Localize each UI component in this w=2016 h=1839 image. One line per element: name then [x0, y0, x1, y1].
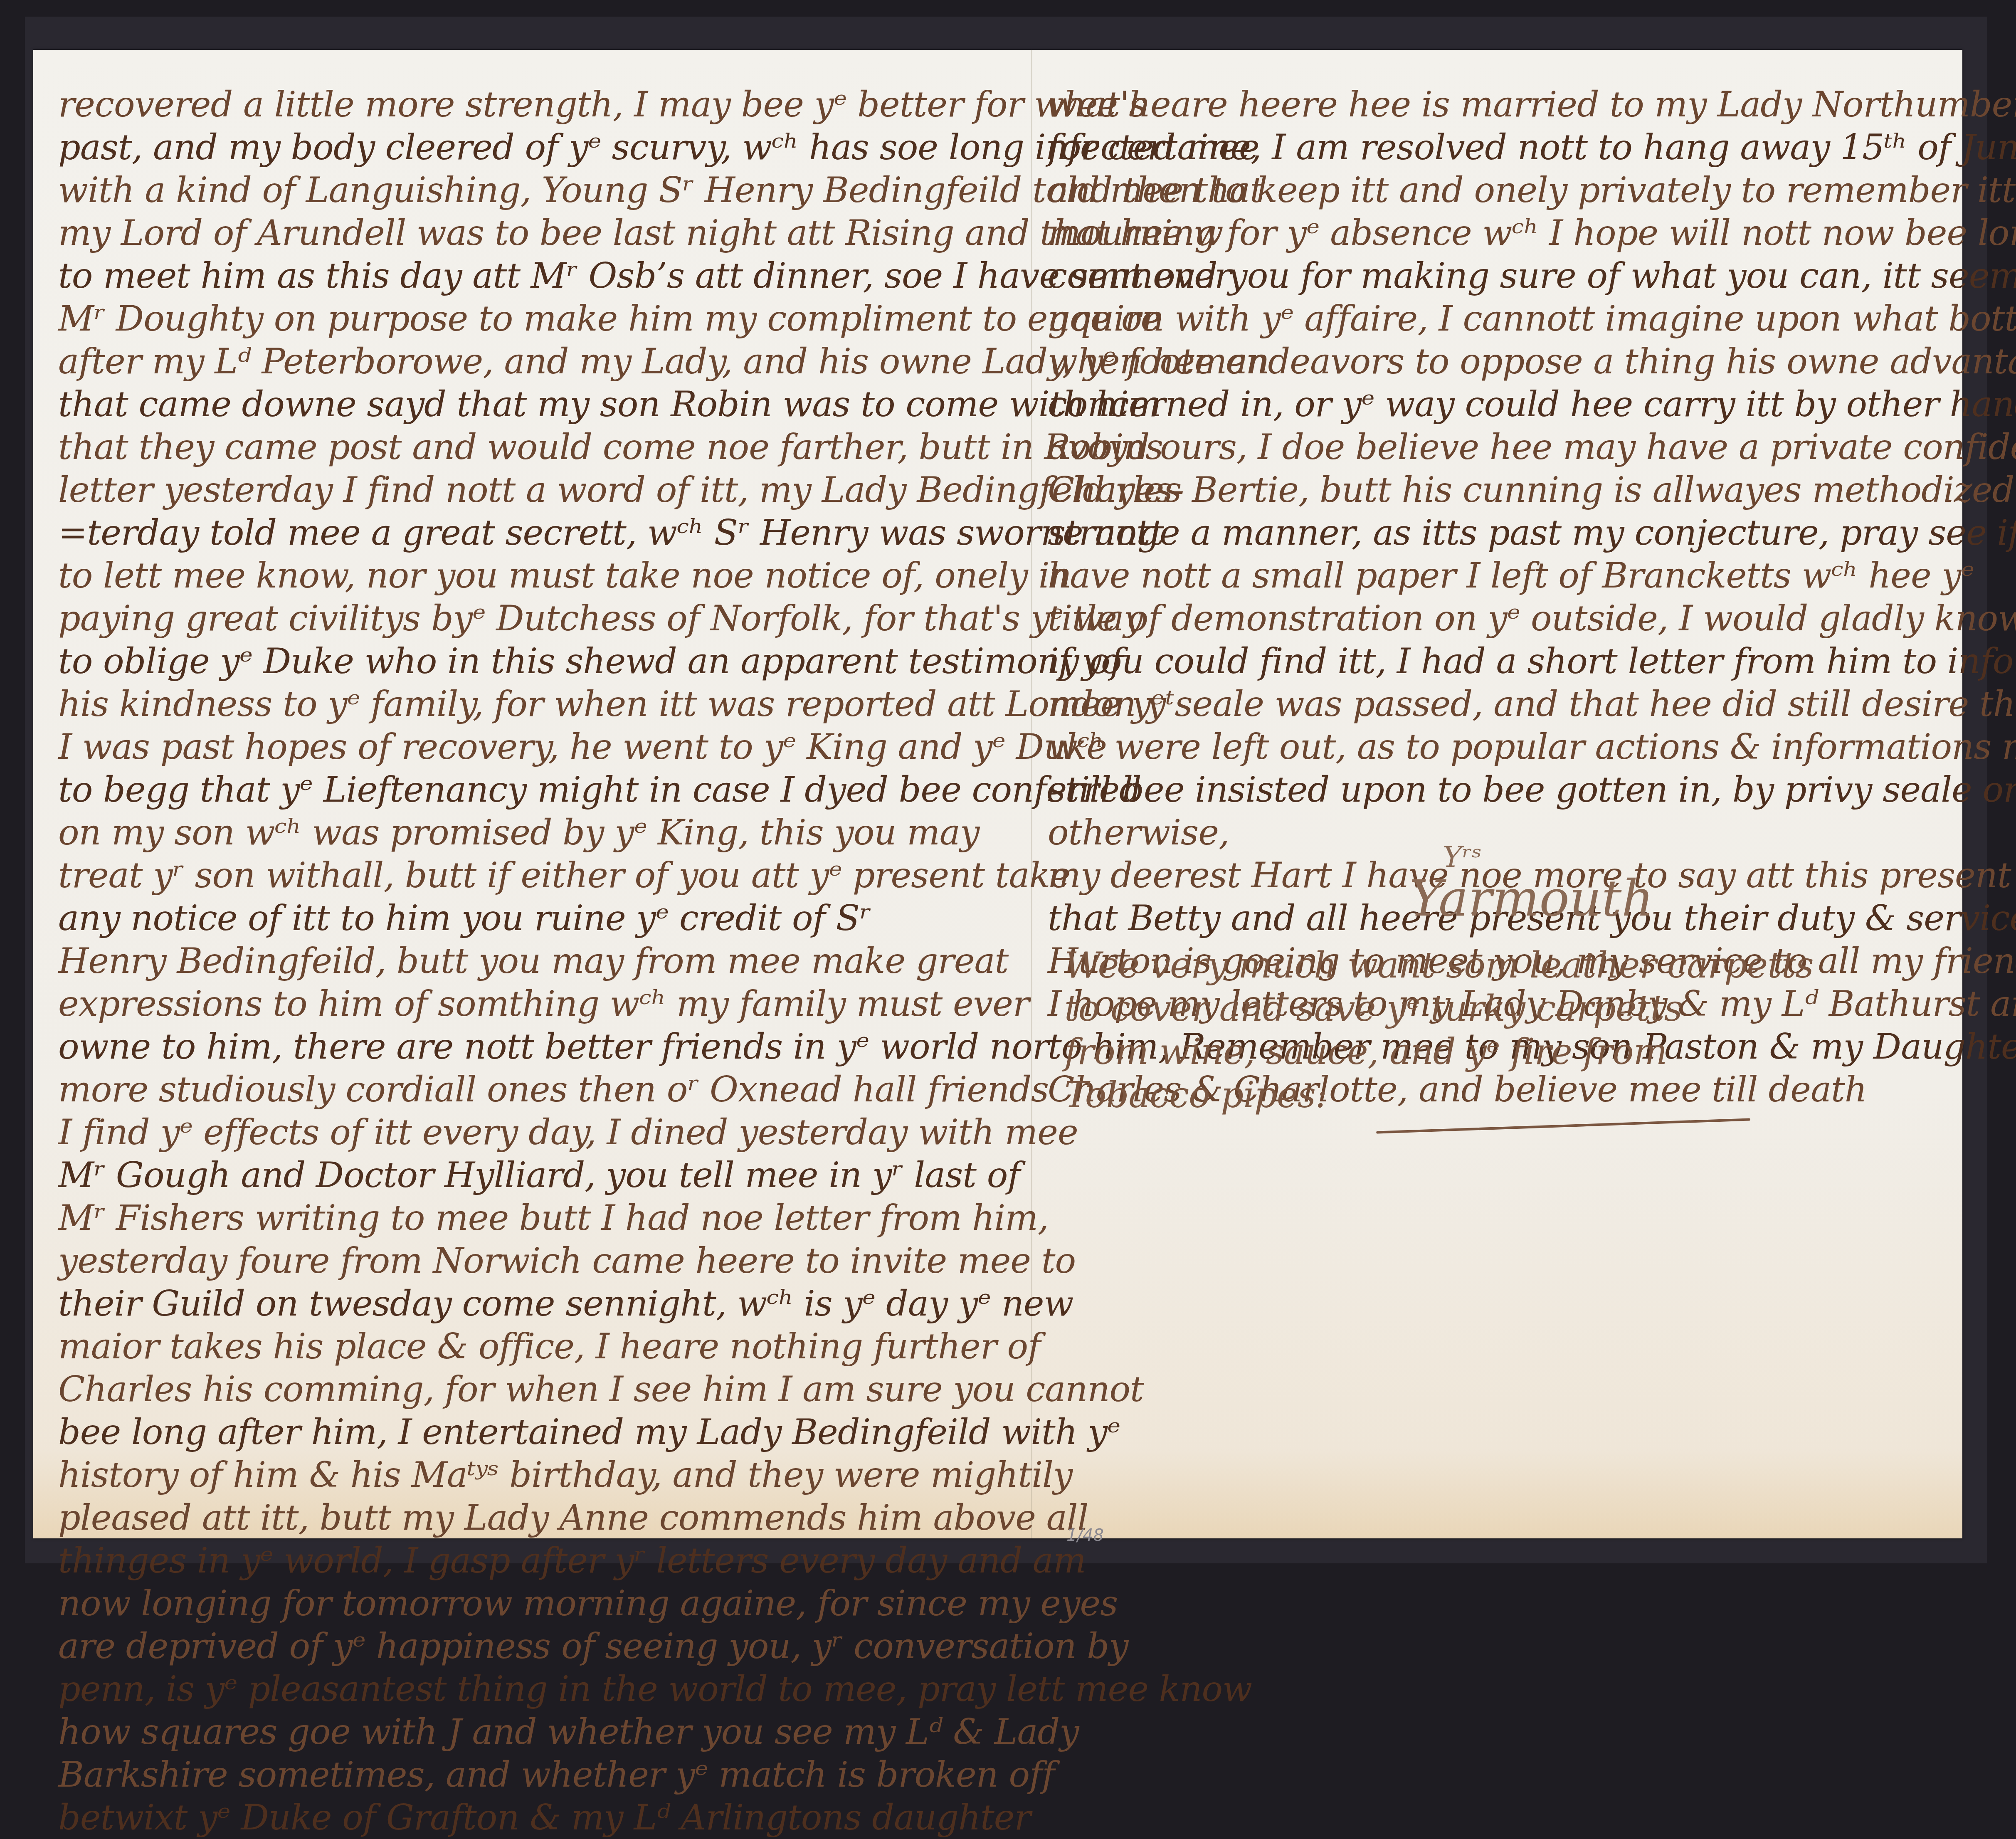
handwritten-line: his kindness to yᵉ family, for when itt … [58, 683, 1014, 726]
handwritten-line: treat yʳ son withall, butt if either of … [58, 854, 1014, 897]
handwritten-line: Tobacco pipes: [1064, 1074, 1771, 1117]
handwritten-line: Charles his comming, for when I see him … [58, 1368, 1014, 1411]
handwritten-line: Charles Bertie, butt his cunning is allw… [1048, 469, 1954, 511]
handwritten-line: thinges in yᵉ world, I gasp after yʳ let… [58, 1539, 1014, 1582]
handwritten-line: now longing for tomorrow morning againe,… [58, 1582, 1014, 1587]
handwritten-line: still bee insisted upon to bee gotten in… [1048, 768, 1954, 811]
handwritten-line: have nott a small paper I left of Branck… [1048, 554, 1954, 597]
handwritten-line: past, and my body cleered of yᵉ scurvy, … [58, 126, 1014, 169]
handwritten-line: owne to him, there are nott better frien… [58, 1025, 1014, 1068]
handwritten-line: Mʳ Gough and Doctor Hylliard, you tell m… [58, 1154, 1014, 1197]
handwritten-line: =terday told mee a great secrett, wᶜʰ Sʳ… [58, 511, 1014, 554]
handwritten-line: to lett mee know, nor you must take noe … [58, 554, 1014, 597]
handwritten-line: Wee very much want som leather carpetts [1064, 944, 1771, 987]
handwritten-line: to oblige yᵉ Duke who in this shewd an a… [58, 640, 1014, 683]
handwritten-line: any notice of itt to him you ruine yᵉ cr… [58, 897, 1014, 940]
handwritten-line: and then to keep itt and onely privately… [1048, 169, 1954, 212]
handwritten-line: to begg that yᵉ Lieftenancy might in cas… [58, 768, 1014, 811]
folio-number: 1/48 [1066, 1526, 1104, 1545]
handwritten-line: goe on with yᵉ affaire, I cannott imagin… [1048, 297, 1954, 340]
handwritten-line: bee long after him, I entertained my Lad… [58, 1411, 1014, 1454]
handwritten-line: if you could find itt, I had a short let… [1048, 640, 1954, 683]
handwritten-line: that they came post and would come noe f… [58, 426, 1014, 469]
handwritten-line: my Lord of Arundell was to bee last nigh… [58, 212, 1014, 254]
handwritten-line: for certaine, I am resolved nott to hang… [1048, 126, 1954, 169]
postscript: Wee very much want som leather carpettst… [1064, 944, 1771, 1117]
handwritten-line: wᶜʰ were left out, as to popular actions… [1048, 726, 1954, 768]
handwritten-line: mourning for yᵉ absence wᶜʰ I hope will … [1048, 212, 1954, 254]
handwritten-line: with a kind of Languishing, Young Sʳ Hen… [58, 169, 1014, 212]
handwritten-line: wee heare heere hee is married to my Lad… [1048, 83, 1954, 126]
handwritten-line: to meet him as this day att Mʳ Osb’s att… [58, 254, 1014, 297]
handwritten-line: yesterday foure from Norwich came heere … [58, 1239, 1014, 1282]
handwritten-line: Henry Bedingfeild, butt you may from mee… [58, 940, 1014, 982]
handwritten-line: when hee endeavors to oppose a thing his… [1048, 340, 1954, 383]
handwritten-line: letter yesterday I find nott a word of i… [58, 469, 1014, 511]
handwritten-line: pleased att itt, butt my Lady Anne comme… [58, 1496, 1014, 1539]
handwritten-line: from wine, sauce, and yᵉ fire from [1064, 1030, 1771, 1074]
handwritten-line: expressions to him of somthing wᶜʰ my fa… [58, 982, 1014, 1025]
handwritten-line: their Guild on twesday come sennight, wᶜ… [58, 1282, 1014, 1325]
signature-block: Yʳˢ Yarmouth [1409, 840, 1654, 928]
handwritten-line: avoyd ours, I doe believe hee may have a… [1048, 426, 1954, 469]
handwritten-line: I find yᵉ effects of itt every day, I di… [58, 1111, 1014, 1154]
handwritten-line: paying great civilitys byᵉ Dutchess of N… [58, 597, 1014, 640]
handwritten-line: title of demonstration on yᵉ outside, I … [1048, 597, 1954, 640]
handwritten-line: Mʳ Fishers writing to mee butt I had noe… [58, 1197, 1014, 1239]
handwritten-line: concerned in, or yᵉ way could hee carry … [1048, 383, 1954, 426]
handwritten-line: mee yᵉ seale was passed, and that hee di… [1048, 683, 1954, 726]
signature: Yarmouth [1409, 870, 1654, 928]
left-page: recovered a little more strength, I may … [58, 83, 1014, 1587]
handwritten-line: Mʳ Doughty on purpose to make him my com… [58, 297, 1014, 340]
handwritten-line: to cover and save yᵉ turky carpetts [1064, 987, 1771, 1030]
handwritten-line: strange a manner, as itts past my conjec… [1048, 511, 1954, 554]
handwritten-line: that came downe sayd that my son Robin w… [58, 383, 1014, 426]
handwritten-line: more studiously cordiall ones then oʳ Ox… [58, 1068, 1014, 1111]
handwritten-line: on my son wᶜʰ was promised by yᵉ King, t… [58, 811, 1014, 854]
handwritten-line: history of him & his Maᵗʸˢ birthday, and… [58, 1454, 1014, 1496]
handwritten-line: commend you for making sure of what you … [1048, 254, 1954, 297]
handwritten-line: after my Lᵈ Peterborowe, and my Lady, an… [58, 340, 1014, 383]
handwritten-line: recovered a little more strength, I may … [58, 83, 1014, 126]
closing: Yʳˢ [1443, 840, 1654, 874]
handwritten-line: maior takes his place & office, I heare … [58, 1325, 1014, 1368]
handwritten-line: I was past hopes of recovery, he went to… [58, 726, 1014, 768]
